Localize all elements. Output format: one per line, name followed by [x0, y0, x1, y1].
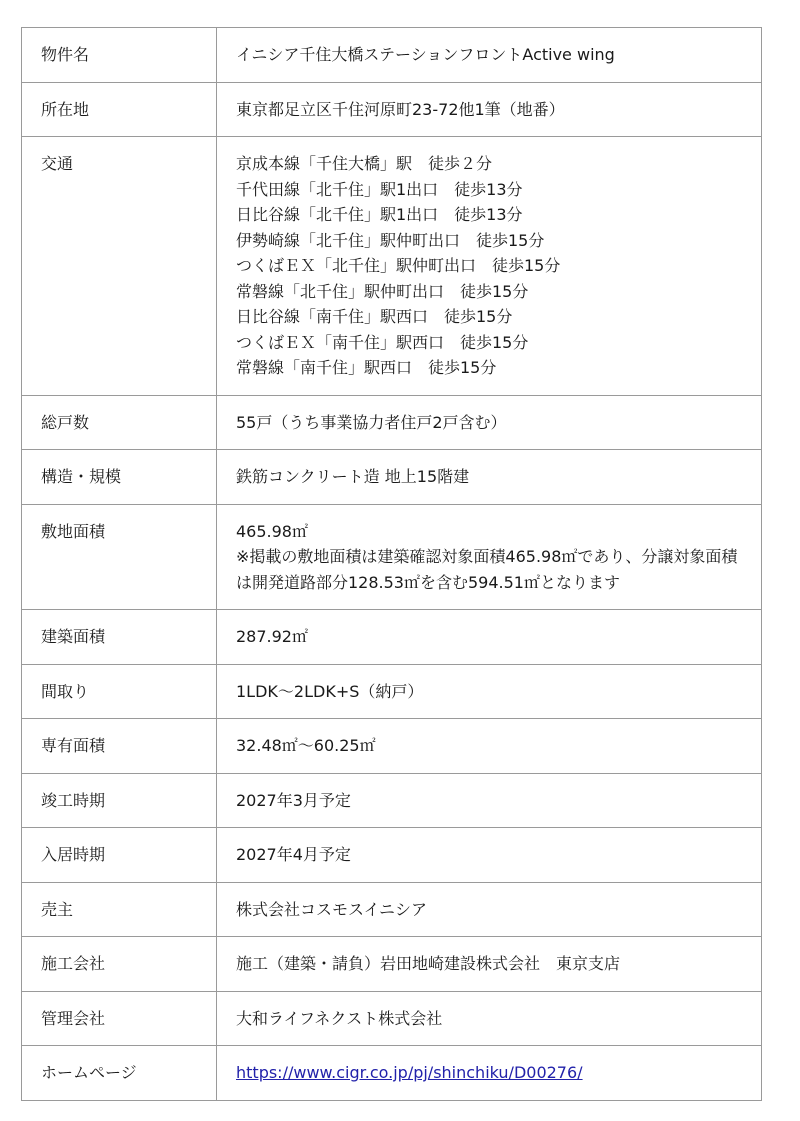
value-line: 東京都足立区千住河原町23-72他1筆（地番）	[236, 97, 742, 123]
row-value: https://www.cigr.co.jp/pj/shinchiku/D002…	[217, 1046, 762, 1101]
value-line: 大和ライフネクスト株式会社	[236, 1006, 742, 1032]
row-label: 交通	[22, 137, 217, 396]
row-value: 2027年4月予定	[217, 828, 762, 883]
value-line: 2027年3月予定	[236, 788, 742, 814]
table-row: 施工会社施工（建築・請負）岩田地崎建設株式会社 東京支店	[22, 937, 762, 992]
row-label: 売主	[22, 882, 217, 937]
table-row: 物件名イニシア千住大橋ステーションフロントActive wing	[22, 28, 762, 83]
row-value: 京成本線「千住大橋」駅 徒歩２分千代田線「北千住」駅1出口 徒歩13分日比谷線「…	[217, 137, 762, 396]
row-label: 専有面積	[22, 719, 217, 774]
row-label: 管理会社	[22, 991, 217, 1046]
row-value: 鉄筋コンクリート造 地上15階建	[217, 450, 762, 505]
homepage-link[interactable]: https://www.cigr.co.jp/pj/shinchiku/D002…	[236, 1063, 583, 1082]
row-value: 287.92㎡	[217, 610, 762, 665]
value-line: 55戸（うち事業協力者住戸2戸含む）	[236, 410, 742, 436]
value-line: 千代田線「北千住」駅1出口 徒歩13分	[236, 177, 742, 203]
value-line: 287.92㎡	[236, 624, 742, 650]
value-line: 鉄筋コンクリート造 地上15階建	[236, 464, 742, 490]
row-value: 465.98㎡※掲載の敷地面積は建築確認対象面積465.98㎡であり、分譲対象面…	[217, 504, 762, 610]
row-value: 32.48㎡〜60.25㎡	[217, 719, 762, 774]
page: 物件名イニシア千住大橋ステーションフロントActive wing所在地東京都足立…	[0, 0, 800, 1121]
table-row: 総戸数55戸（うち事業協力者住戸2戸含む）	[22, 395, 762, 450]
row-value: 施工（建築・請負）岩田地崎建設株式会社 東京支店	[217, 937, 762, 992]
row-label: 建築面積	[22, 610, 217, 665]
value-line: 常磐線「南千住」駅西口 徒歩15分	[236, 355, 742, 381]
row-value: 東京都足立区千住河原町23-72他1筆（地番）	[217, 82, 762, 137]
value-line: ※掲載の敷地面積は建築確認対象面積465.98㎡であり、分譲対象面積は開発道路部…	[236, 544, 742, 595]
row-label: 竣工時期	[22, 773, 217, 828]
row-label: 間取り	[22, 664, 217, 719]
value-line: 日比谷線「北千住」駅1出口 徒歩13分	[236, 202, 742, 228]
property-spec-table: 物件名イニシア千住大橋ステーションフロントActive wing所在地東京都足立…	[21, 27, 762, 1101]
table-row: 間取り1LDK〜2LDK+S（納戸）	[22, 664, 762, 719]
table-body: 物件名イニシア千住大橋ステーションフロントActive wing所在地東京都足立…	[22, 28, 762, 1101]
table-row: 建築面積287.92㎡	[22, 610, 762, 665]
row-label: ホームページ	[22, 1046, 217, 1101]
row-label: 施工会社	[22, 937, 217, 992]
row-label: 構造・規模	[22, 450, 217, 505]
value-line: つくばＥＸ「北千住」駅仲町出口 徒歩15分	[236, 253, 742, 279]
value-line: 常磐線「北千住」駅仲町出口 徒歩15分	[236, 279, 742, 305]
value-line: 伊勢崎線「北千住」駅仲町出口 徒歩15分	[236, 228, 742, 254]
row-label: 入居時期	[22, 828, 217, 883]
value-line: 株式会社コスモスイニシア	[236, 897, 742, 923]
value-line: 京成本線「千住大橋」駅 徒歩２分	[236, 151, 742, 177]
value-line: 1LDK〜2LDK+S（納戸）	[236, 679, 742, 705]
value-line: 465.98㎡	[236, 519, 742, 545]
value-line: つくばＥＸ「南千住」駅西口 徒歩15分	[236, 330, 742, 356]
row-label: 所在地	[22, 82, 217, 137]
table-row: 売主株式会社コスモスイニシア	[22, 882, 762, 937]
value-line: 2027年4月予定	[236, 842, 742, 868]
row-value: 株式会社コスモスイニシア	[217, 882, 762, 937]
row-label: 物件名	[22, 28, 217, 83]
table-row: 所在地東京都足立区千住河原町23-72他1筆（地番）	[22, 82, 762, 137]
row-value: 55戸（うち事業協力者住戸2戸含む）	[217, 395, 762, 450]
row-value: 1LDK〜2LDK+S（納戸）	[217, 664, 762, 719]
table-row: 竣工時期2027年3月予定	[22, 773, 762, 828]
row-label: 総戸数	[22, 395, 217, 450]
table-row: 専有面積32.48㎡〜60.25㎡	[22, 719, 762, 774]
table-row: 管理会社大和ライフネクスト株式会社	[22, 991, 762, 1046]
row-label: 敷地面積	[22, 504, 217, 610]
value-line: 32.48㎡〜60.25㎡	[236, 733, 742, 759]
table-row: 入居時期2027年4月予定	[22, 828, 762, 883]
row-value: 2027年3月予定	[217, 773, 762, 828]
table-row: ホームページhttps://www.cigr.co.jp/pj/shinchik…	[22, 1046, 762, 1101]
row-value: イニシア千住大橋ステーションフロントActive wing	[217, 28, 762, 83]
value-line: 施工（建築・請負）岩田地崎建設株式会社 東京支店	[236, 951, 742, 977]
table-row: 構造・規模鉄筋コンクリート造 地上15階建	[22, 450, 762, 505]
table-row: 交通京成本線「千住大橋」駅 徒歩２分千代田線「北千住」駅1出口 徒歩13分日比谷…	[22, 137, 762, 396]
value-line: イニシア千住大橋ステーションフロントActive wing	[236, 42, 742, 68]
value-line: 日比谷線「南千住」駅西口 徒歩15分	[236, 304, 742, 330]
row-value: 大和ライフネクスト株式会社	[217, 991, 762, 1046]
table-row: 敷地面積465.98㎡※掲載の敷地面積は建築確認対象面積465.98㎡であり、分…	[22, 504, 762, 610]
